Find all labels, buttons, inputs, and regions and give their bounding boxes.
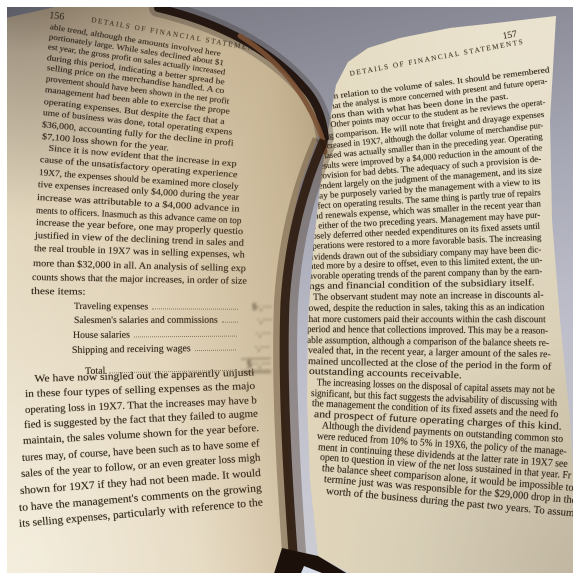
- expense-label: Salesmen's salaries and commissions: [74, 315, 218, 326]
- expense-amount: ·,···: [242, 315, 272, 326]
- dotted-leader: [221, 322, 237, 323]
- text-line: counts shows that the major increases, i…: [32, 272, 247, 287]
- dotted-leader: [195, 349, 236, 351]
- dotted-leader: [134, 335, 237, 337]
- expense-row: Traveling expenses$·,···: [74, 301, 272, 313]
- photo-area: 157 DETAILS OF FINANCIAL STATEMENTS in r…: [0, 0, 580, 580]
- left-page-number: 156: [49, 10, 65, 23]
- text-line: these items:: [31, 286, 86, 298]
- expense-amount: ·,···: [240, 342, 270, 353]
- book-photo: 157 DETAILS OF FINANCIAL STATEMENTS in r…: [0, 0, 580, 580]
- text-line: The observant student may note an increa…: [306, 290, 544, 302]
- expense-row: Shipping and receiving wages·,···: [72, 342, 270, 356]
- expense-label: House salaries: [73, 329, 130, 340]
- expense-label: Shipping and receiving wages: [72, 343, 191, 356]
- expense-amount: $·,···: [242, 302, 272, 313]
- text-line: lowed, despite the reduction in sales, t…: [306, 302, 544, 314]
- expense-row: House salaries·,···: [73, 328, 271, 341]
- dotted-leader: [153, 308, 239, 309]
- expense-amount: ·,···: [241, 328, 271, 339]
- expense-row: Salesmen's salaries and commissions·,···: [74, 315, 272, 326]
- expense-label: Traveling expenses: [74, 301, 148, 312]
- text-line: that more customers paid their accounts …: [306, 314, 546, 325]
- bottom-surface-sliver: [298, 566, 340, 580]
